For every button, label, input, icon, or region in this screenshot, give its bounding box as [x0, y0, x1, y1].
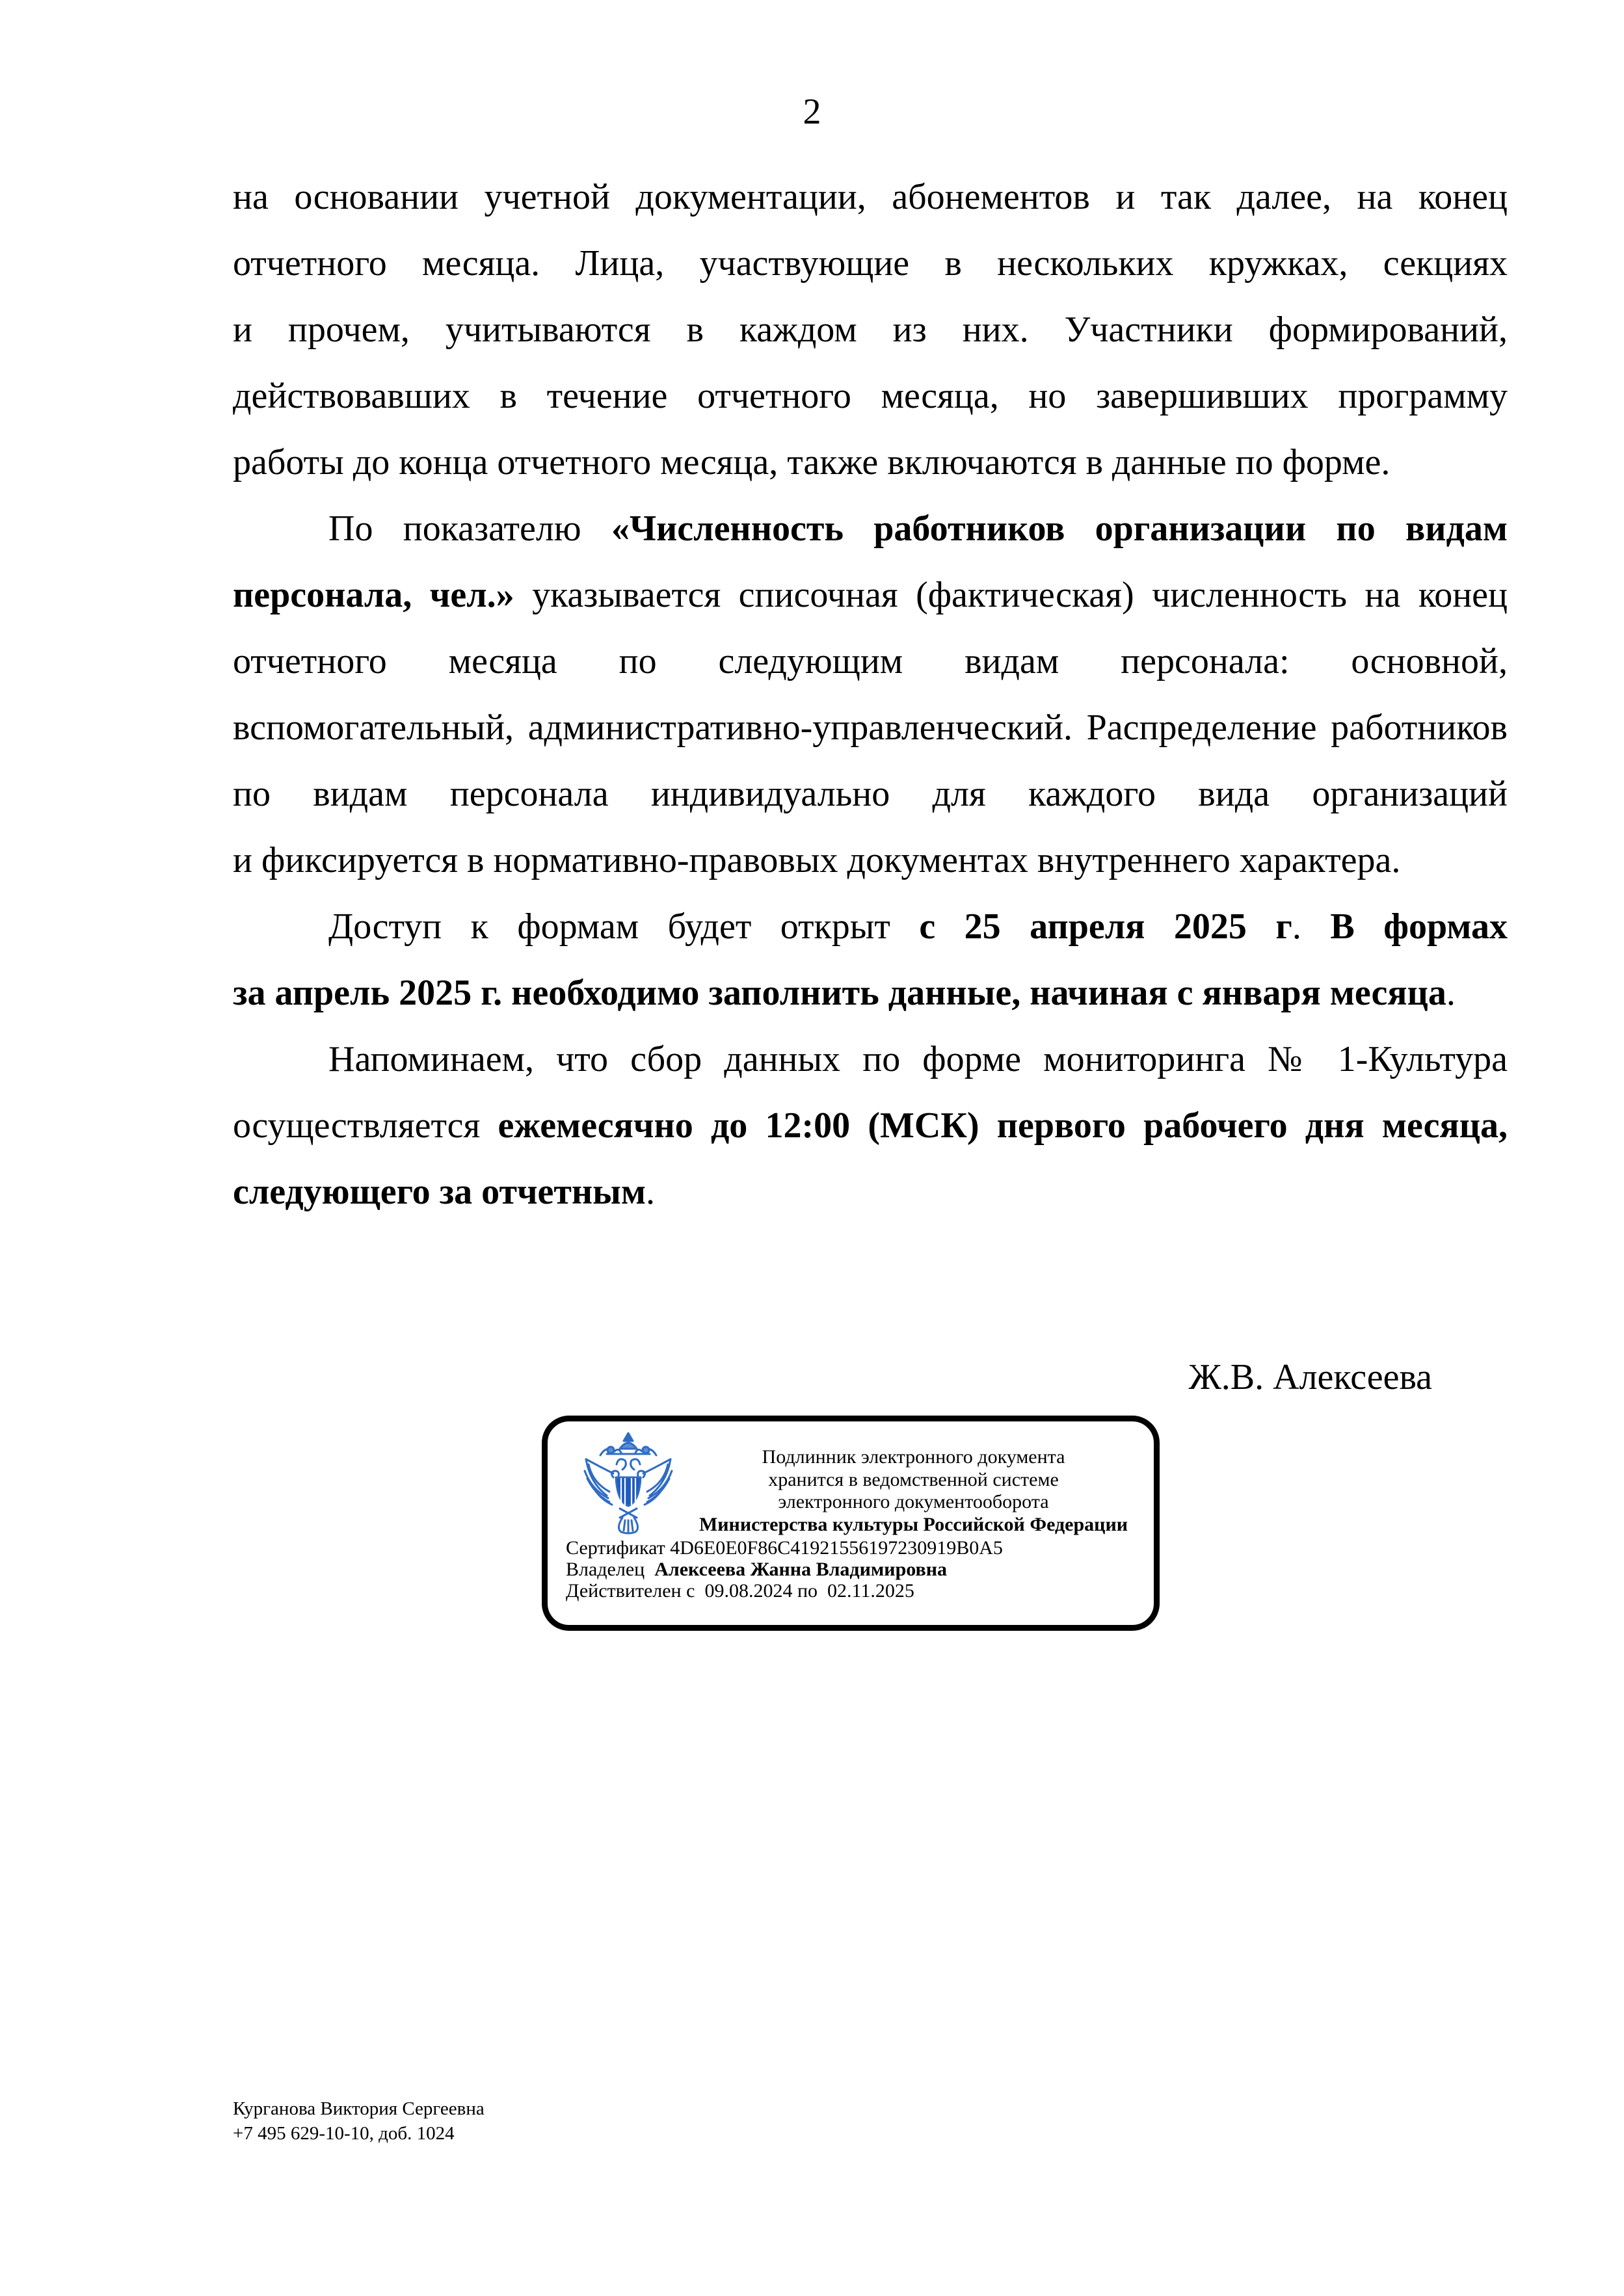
body-text-segment: Напоминаем, что сбор данных по форме мон… [328, 1039, 1508, 1079]
body-text-segment: По показателю [328, 508, 611, 549]
body-line: отчетного месяца по следующим видам перс… [233, 628, 1508, 694]
body-line: действовавших в течение отчетного месяца… [233, 363, 1508, 429]
body-line: Доступ к формам будет открыт с 25 апреля… [233, 893, 1508, 960]
valid-to-label: по [797, 1580, 818, 1602]
body-text-segment: указывается списочная (фактическая) числ… [514, 575, 1508, 615]
certificate-label: Сертификат [566, 1537, 665, 1559]
body-line: следующего за отчетным. [233, 1159, 1508, 1225]
body-line: По показателю «Численность работников ор… [233, 495, 1508, 562]
body-line: по видам персонала индивидуально для каж… [233, 761, 1508, 827]
body-text-segment: работы до конца отчетного месяца, также … [233, 442, 1390, 482]
stamp-header-line: Подлинник электронного документа [678, 1446, 1149, 1469]
letter-body: на основании учетной документации, абоне… [233, 164, 1508, 1225]
body-line: осуществляется ежемесячно до 12:00 (МСК)… [233, 1092, 1508, 1159]
bold-text: следующего за отчетным [233, 1172, 646, 1212]
bold-text: за апрель 2025 г. необходимо заполнить д… [233, 973, 1446, 1013]
body-text-segment: . [1292, 906, 1331, 947]
body-text-segment: осуществляется [233, 1105, 498, 1146]
executor-name: Курганова Виктория Сергеевна [233, 2096, 485, 2121]
signatory-name: Ж.В. Алексеева [1189, 1354, 1432, 1400]
certificate-row: Сертификат 4D6E0E0F86C41921556197230919B… [566, 1537, 1003, 1559]
page-number: 2 [0, 91, 1624, 133]
document-page: 2 на основании учетной документации, або… [0, 0, 1624, 2296]
body-line: вспомогательный, административно-управле… [233, 694, 1508, 761]
valid-label: Действителен [566, 1580, 682, 1602]
body-line: на основании учетной документации, абоне… [233, 164, 1508, 230]
validity-row: Действителен с 09.08.2024 по 02.11.2025 [566, 1580, 1003, 1602]
body-text-segment: и фиксируется в нормативно-правовых доку… [233, 840, 1400, 880]
body-text-segment: . [646, 1172, 655, 1212]
valid-from-label: с [686, 1580, 695, 1602]
owner-row: Владелец Алексеева Жанна Владимировна [566, 1559, 1003, 1580]
body-line: персонала, чел.» указывается списочная (… [233, 562, 1508, 628]
body-text-segment: . [1446, 973, 1456, 1013]
valid-to-date: 02.11.2025 [827, 1580, 914, 1602]
body-text-segment: действовавших в течение отчетного месяца… [233, 376, 1508, 416]
certificate-value: 4D6E0E0F86C41921556197230919B0A5 [670, 1537, 1003, 1559]
owner-value: Алексеева Жанна Владимировна [654, 1559, 947, 1580]
bold-text: «Численность работников организации по в… [611, 508, 1508, 549]
executor-phone: +7 495 629-10-10, доб. 1024 [233, 2121, 485, 2146]
body-line: Напоминаем, что сбор данных по форме мон… [233, 1026, 1508, 1092]
body-line: и фиксируется в нормативно-правовых доку… [233, 827, 1508, 893]
stamp-header-line: хранится в ведомственной системе [678, 1469, 1149, 1492]
body-text-segment: на основании учетной документации, абоне… [233, 177, 1508, 217]
stamp-header-line: электронного документооборота [678, 1491, 1149, 1514]
bold-text: персонала, чел.» [233, 575, 514, 615]
body-text-segment: вспомогательный, административно-управле… [233, 707, 1508, 748]
bold-text: ежемесячно до 12:00 (МСК) первого рабоче… [498, 1105, 1508, 1146]
stamp-header: Подлинник электронного документа хранитс… [678, 1446, 1149, 1536]
body-text-segment: и прочем, учитываются в каждом из них. У… [233, 310, 1508, 350]
owner-label: Владелец [566, 1559, 645, 1580]
coat-of-arms-icon [581, 1431, 676, 1535]
bold-text: В формах [1330, 906, 1508, 947]
valid-from-date: 09.08.2024 [704, 1580, 792, 1602]
executor-contact: Курганова Виктория Сергеевна +7 495 629-… [233, 2096, 485, 2146]
body-text-segment: отчетного месяца по следующим видам перс… [233, 641, 1508, 681]
electronic-signature-stamp: Подлинник электронного документа хранитс… [542, 1416, 1160, 1631]
bold-text: с 25 апреля 2025 г [919, 906, 1292, 947]
stamp-ministry-name: Министерства культуры Российской Федерац… [678, 1514, 1149, 1537]
body-line: за апрель 2025 г. необходимо заполнить д… [233, 960, 1508, 1026]
body-line: работы до конца отчетного месяца, также … [233, 429, 1508, 495]
body-line: отчетного месяца. Лица, участвующие в не… [233, 230, 1508, 297]
body-text-segment: отчетного месяца. Лица, участвующие в не… [233, 243, 1508, 284]
stamp-certificate-details: Сертификат 4D6E0E0F86C41921556197230919B… [566, 1537, 1003, 1602]
body-text-segment: Доступ к формам будет открыт [328, 906, 919, 947]
body-line: и прочем, учитываются в каждом из них. У… [233, 297, 1508, 363]
body-text-segment: по видам персонала индивидуально для каж… [233, 774, 1508, 814]
